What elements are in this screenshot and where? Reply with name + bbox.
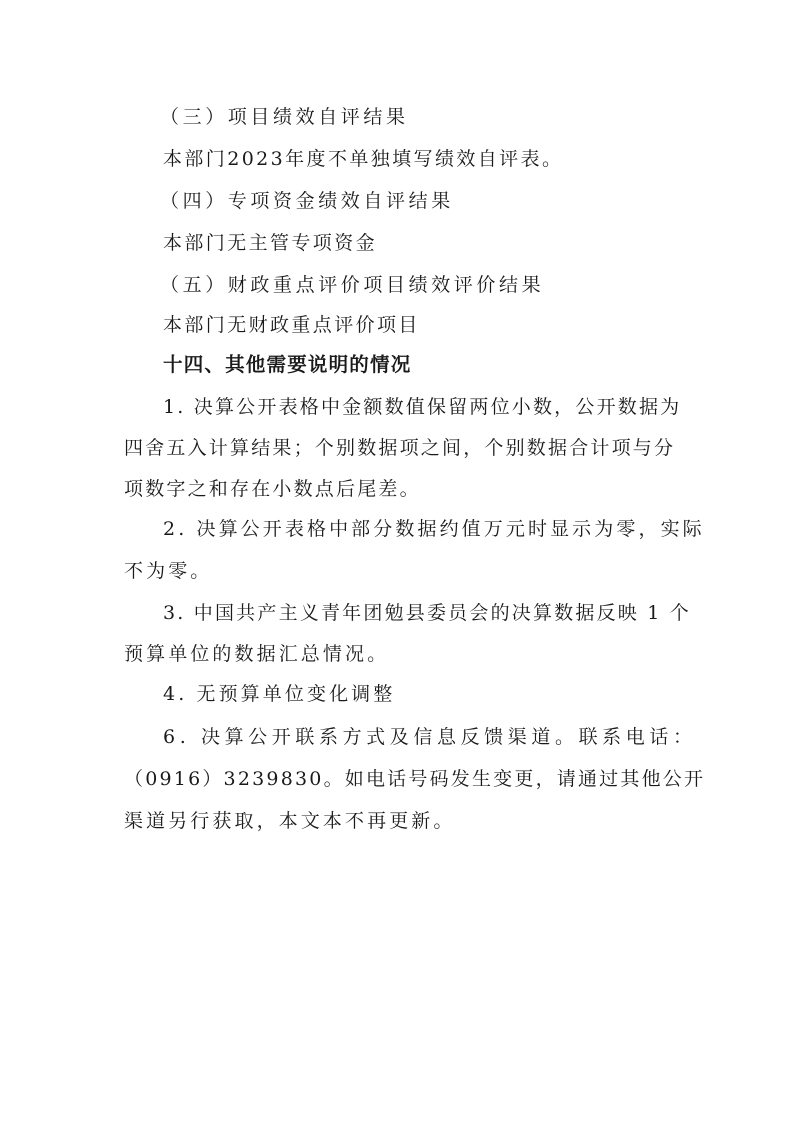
item-3-line-1: 3. 中国共产主义青年团勉县委员会的决算数据反映 1 个 <box>163 601 691 625</box>
item-1-line-1: 1. 决算公开表格中金额数值保留两位小数，公开数据为 <box>163 395 681 419</box>
item-2-line-2: 不为零。 <box>124 559 212 583</box>
subsection-body-5: 本部门无财政重点评价项目 <box>163 313 420 337</box>
subsection-body-3: 本部门2023年度不单独填写绩效自评表。 <box>163 147 563 171</box>
subsection-heading-5: （五）财政重点评价项目绩效评价结果 <box>160 273 544 297</box>
item-6-line-2: （0916）3239830。如电话号码发生变更，请通过其他公开 <box>124 767 705 791</box>
item-4-line-1: 4. 无预算单位变化调整 <box>163 682 395 706</box>
item-3-line-2: 预算单位的数据汇总情况。 <box>124 642 389 666</box>
document-page: （三）项目绩效自评结果 本部门2023年度不单独填写绩效自评表。 （四）专项资金… <box>0 0 793 1122</box>
item-6-line-3: 渠道另行获取，本文本不再更新。 <box>124 809 456 833</box>
item-2-line-1: 2. 决算公开表格中部分数据约值万元时显示为零，实际 <box>163 517 705 541</box>
item-1-line-2: 四舍五入计算结果；个别数据项之间，个别数据合计项与分 <box>124 436 675 460</box>
item-6-line-1: 6. 决算公开联系方式及信息反馈渠道。联系电话： <box>163 725 697 749</box>
item-1-line-3: 项数字之和存在小数点后尾差。 <box>124 477 421 501</box>
section-heading-14: 十四、其他需要说明的情况 <box>163 353 411 377</box>
subsection-heading-4: （四）专项资金绩效自评结果 <box>160 189 454 213</box>
subsection-heading-3: （三）项目绩效自评结果 <box>160 105 409 129</box>
subsection-body-4: 本部门无主管专项资金 <box>163 231 377 255</box>
